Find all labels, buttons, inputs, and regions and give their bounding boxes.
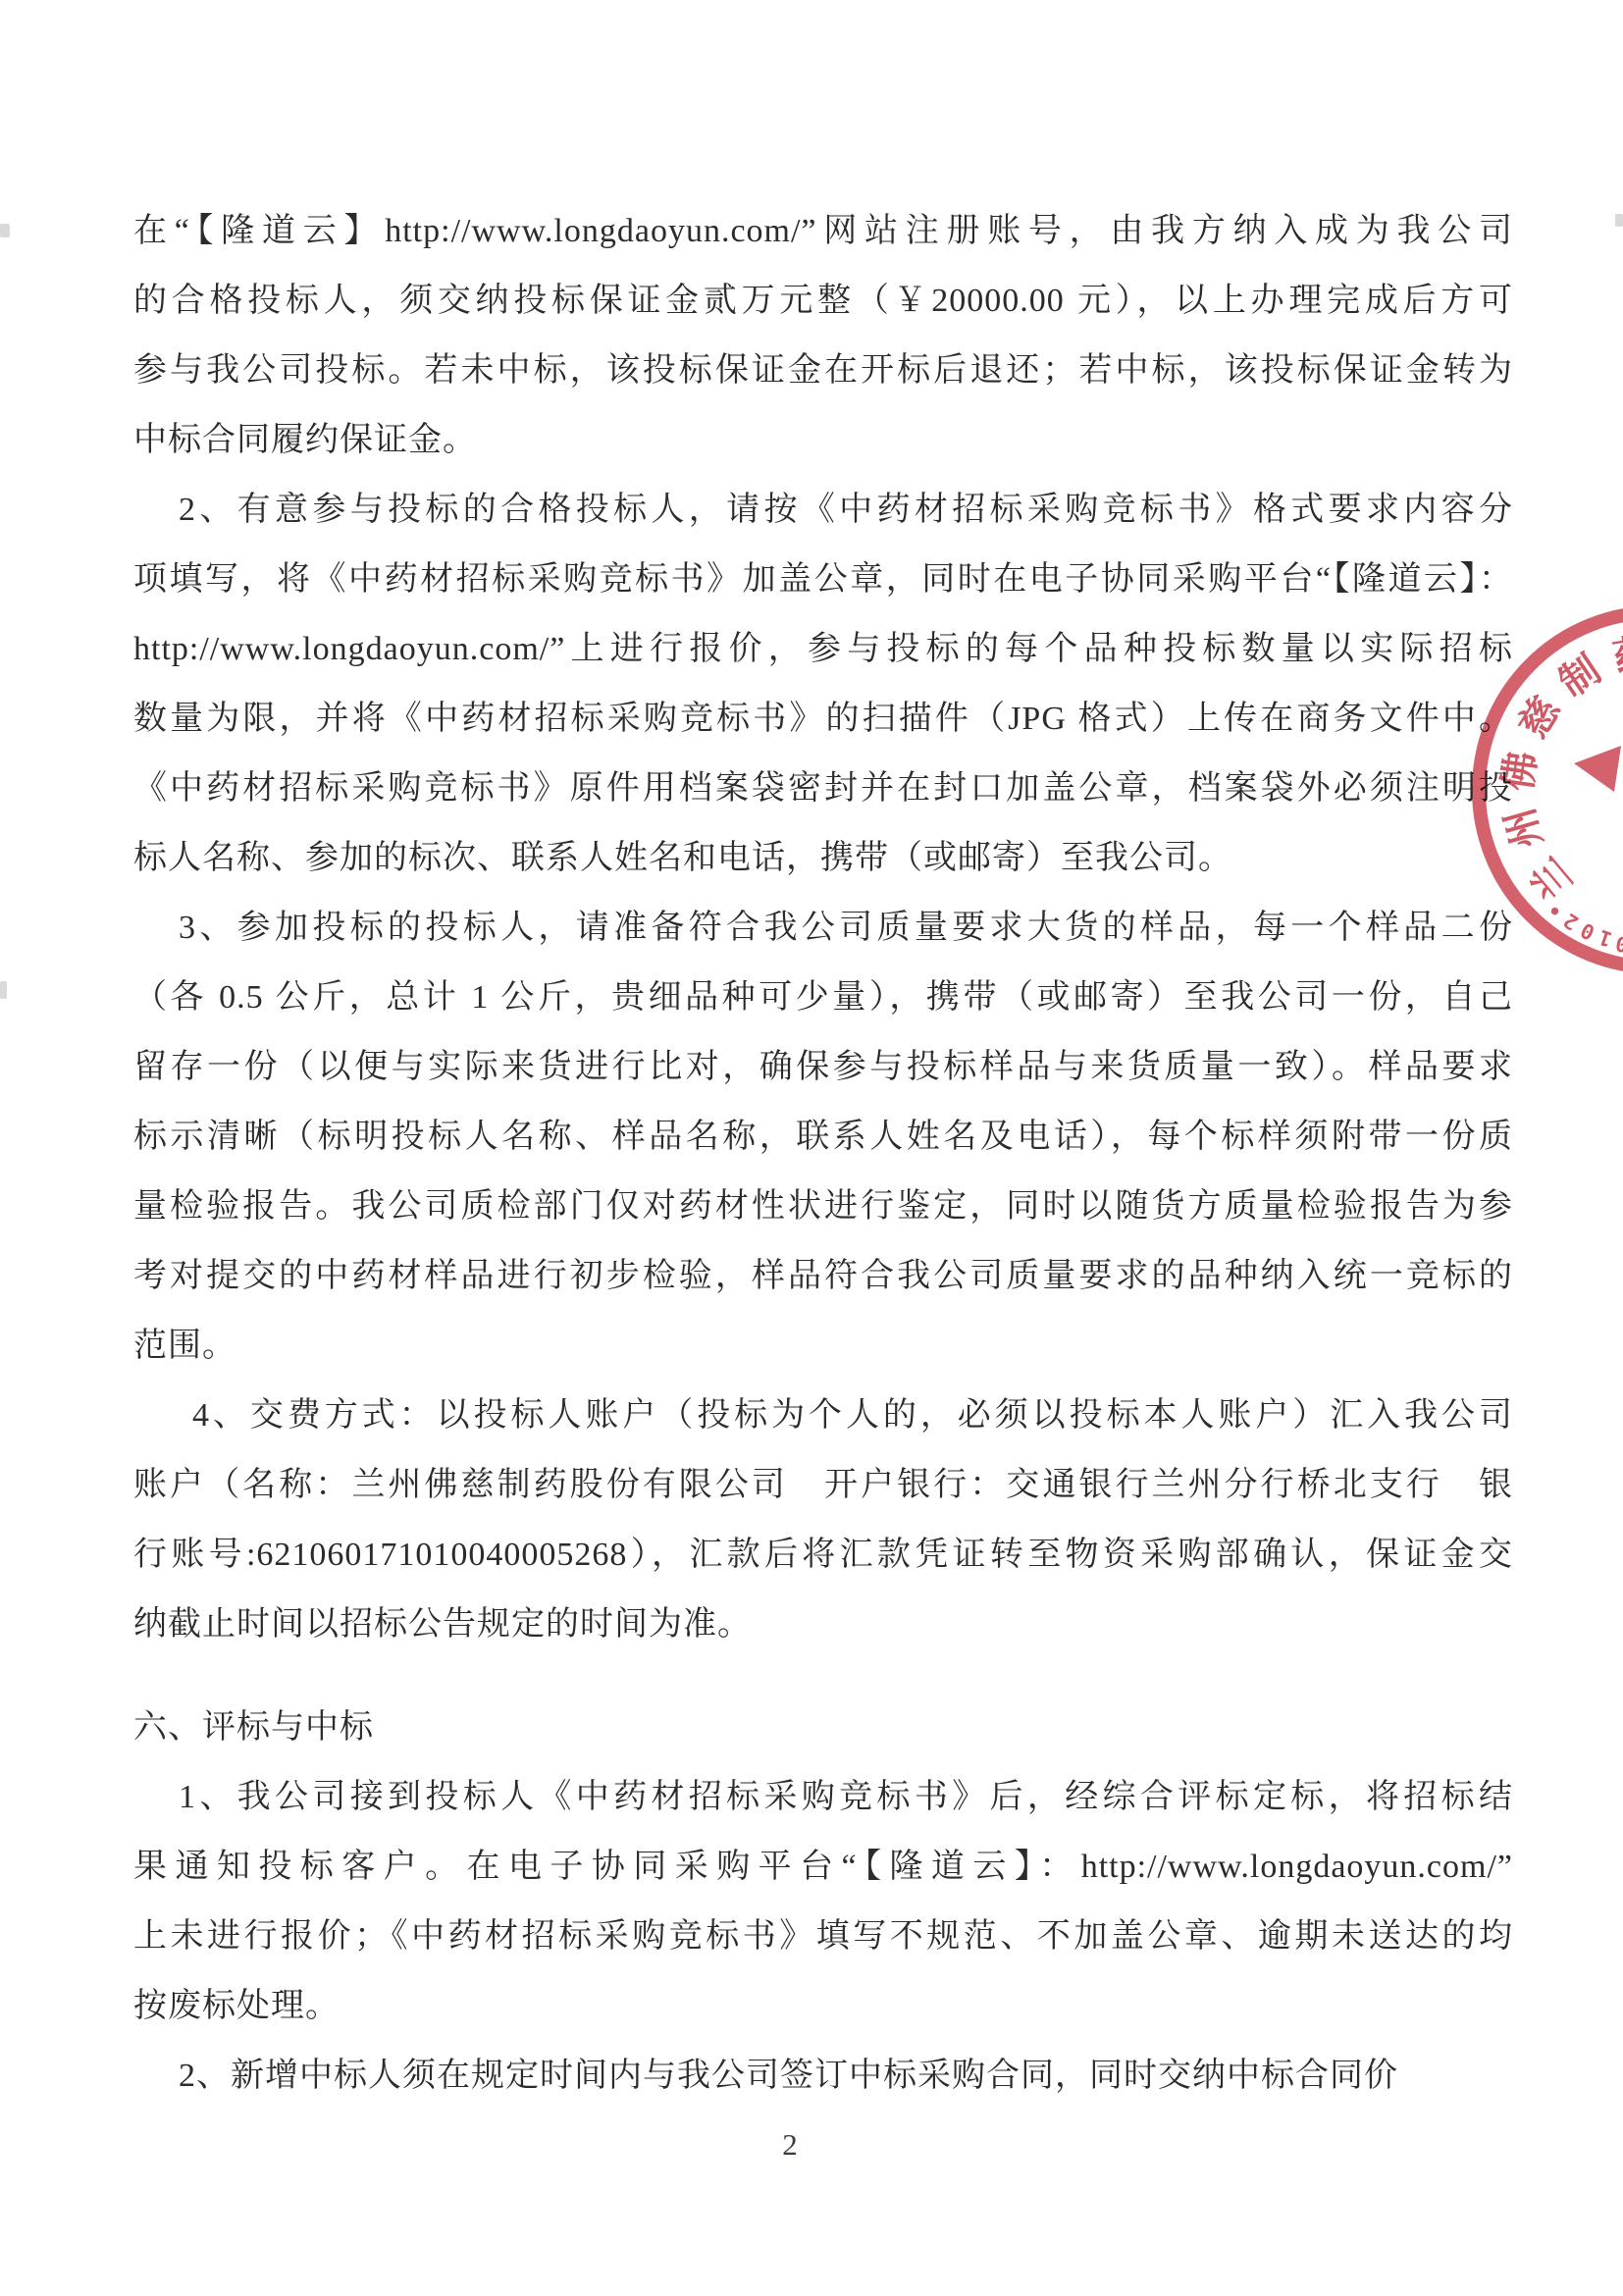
scan-artifact [1615, 214, 1623, 227]
text-line: 上未进行报价；《中药材招标采购竞标书》填写不规范、不加盖公章、逾期未送达的均 [133, 1902, 1513, 1971]
scan-artifact [0, 224, 10, 237]
text-line: 留存一份（以便与实际来货进行比对，确保参与投标样品与来货质量一致）。样品要求 [133, 1032, 1513, 1102]
text-line: 纳截止时间以招标公告规定的时间为准。 [133, 1590, 1513, 1659]
document-body: 在“【隆道云】http://www.longdaoyun.com/”网站注册账号… [133, 196, 1513, 2111]
page-number: 2 [0, 2127, 1580, 2163]
seal-character: 兰 [1522, 849, 1581, 908]
section-heading-evaluation-and-award: 六、评标与中标 [133, 1693, 1513, 1762]
text-line: 2、有意参与投标的合格投标人，请按《中药材招标采购竞标书》格式要求内容分 [133, 475, 1513, 545]
seal-year-digit: • [1543, 898, 1567, 924]
seal-year-digit: 1 [1596, 925, 1615, 952]
paragraph-sample-requirements: 3、参加投标的投标人，请准备符合我公司质量要求大货的样品，每一个样品二份（各 0… [133, 893, 1513, 1381]
paragraph-payment-method: 4、交费方式：以投标人账户（投标为个人的，必须以投标本人账户）汇入我公司账户（名… [133, 1381, 1513, 1659]
text-line: 数量为限，并将《中药材招标采购竞标书》的扫描件（JPG 格式）上传在商务文件中。 [133, 684, 1513, 754]
text-line: 在“【隆道云】http://www.longdaoyun.com/”网站注册账号… [133, 196, 1513, 266]
seal-character: 慈 [1510, 689, 1568, 746]
paragraph-evaluation-result: 1、我公司接到投标人《中药材招标采购竞标书》后，经综合评标定标，将招标结果通知投… [133, 1762, 1513, 2041]
text-line: 的合格投标人，须交纳投标保证金贰万元整（￥20000.00 元），以上办理完成后… [133, 266, 1513, 336]
text-line: 账户（名称：兰州佛慈制药股份有限公司 开户银行：交通银行兰州分行桥北支行 银 [133, 1450, 1513, 1520]
scanned-document-page: 在“【隆道云】http://www.longdaoyun.com/”网站注册账号… [0, 0, 1623, 2296]
text-line: 标示清晰（标明投标人名称、样品名称，联系人姓名及电话），每个标样须附带一份质 [133, 1102, 1513, 1172]
text-line: 考对提交的中药材样品进行初步检验，样品符合我公司质量要求的品种纳入统一竞标的 [133, 1241, 1513, 1311]
paragraph-contract-signing: 2、新增中标人须在规定时间内与我公司签订中标采购合同，同时交纳中标合同价 [133, 2041, 1513, 2111]
text-line: 中标合同履约保证金。 [133, 405, 1513, 475]
text-line: （各 0.5 公斤，总计 1 公斤，贵细品种可少量），携带（或邮寄）至我公司一份… [133, 963, 1513, 1032]
text-line: 2、新增中标人须在规定时间内与我公司签订中标采购合同，同时交纳中标合同价 [133, 2041, 1513, 2111]
text-line: 果通知投标客户。在电子协同采购平台“【隆道云】：http://www.longd… [133, 1832, 1513, 1902]
text-line: 项填写，将《中药材招标采购竞标书》加盖公章，同时在电子协同采购平台“【隆道云】： [133, 545, 1513, 614]
text-line: 行账号:621060171010040005268），汇款后将汇款凭证转至物资采… [133, 1520, 1513, 1590]
text-line: 按废标处理。 [133, 1971, 1513, 2041]
seal-star-point [1574, 746, 1621, 792]
scan-artifact [0, 981, 7, 999]
seal-year-digit: 0 [1577, 917, 1598, 944]
text-line: 标人名称、参加的标次、联系人姓名和电话，携带（或邮寄）至我公司。 [133, 823, 1513, 893]
text-line: 1、我公司接到投标人《中药材招标采购竞标书》后，经综合评标定标，将招标结 [133, 1762, 1513, 1832]
text-line: 参与我公司投标。若未中标，该投标保证金在开标后退还；若中标，该投标保证金转为 [133, 336, 1513, 405]
text-line: 量检验报告。我公司质检部门仅对药材性状进行鉴定，同时以随货方质量检验报告为参 [133, 1172, 1513, 1241]
text-line: 《中药材招标采购竞标书》原件用档案袋密封并在封口加盖公章，档案袋外必须注明投 [133, 754, 1513, 823]
paragraph-bid-document-submission: 2、有意参与投标的合格投标人，请按《中药材招标采购竞标书》格式要求内容分项填写，… [133, 475, 1513, 893]
text-line: 范围。 [133, 1311, 1513, 1381]
text-line: http://www.longdaoyun.com/”上进行报价，参与投标的每个… [133, 614, 1513, 684]
seal-character: 制 [1551, 647, 1608, 705]
text-line: 3、参加投标的投标人，请准备符合我公司质量要求大货的样品，每一个样品二份 [133, 893, 1513, 963]
seal-year-digit: 0 [1613, 931, 1623, 957]
paragraph-deposit-registration: 在“【隆道云】http://www.longdaoyun.com/”网站注册账号… [133, 196, 1513, 475]
seal-character: 药 [1609, 629, 1623, 679]
seal-year-digit: 2 [1559, 908, 1583, 934]
text-line: 4、交费方式：以投标人账户（投标为个人的，必须以投标本人账户）汇入我公司 [133, 1381, 1513, 1450]
